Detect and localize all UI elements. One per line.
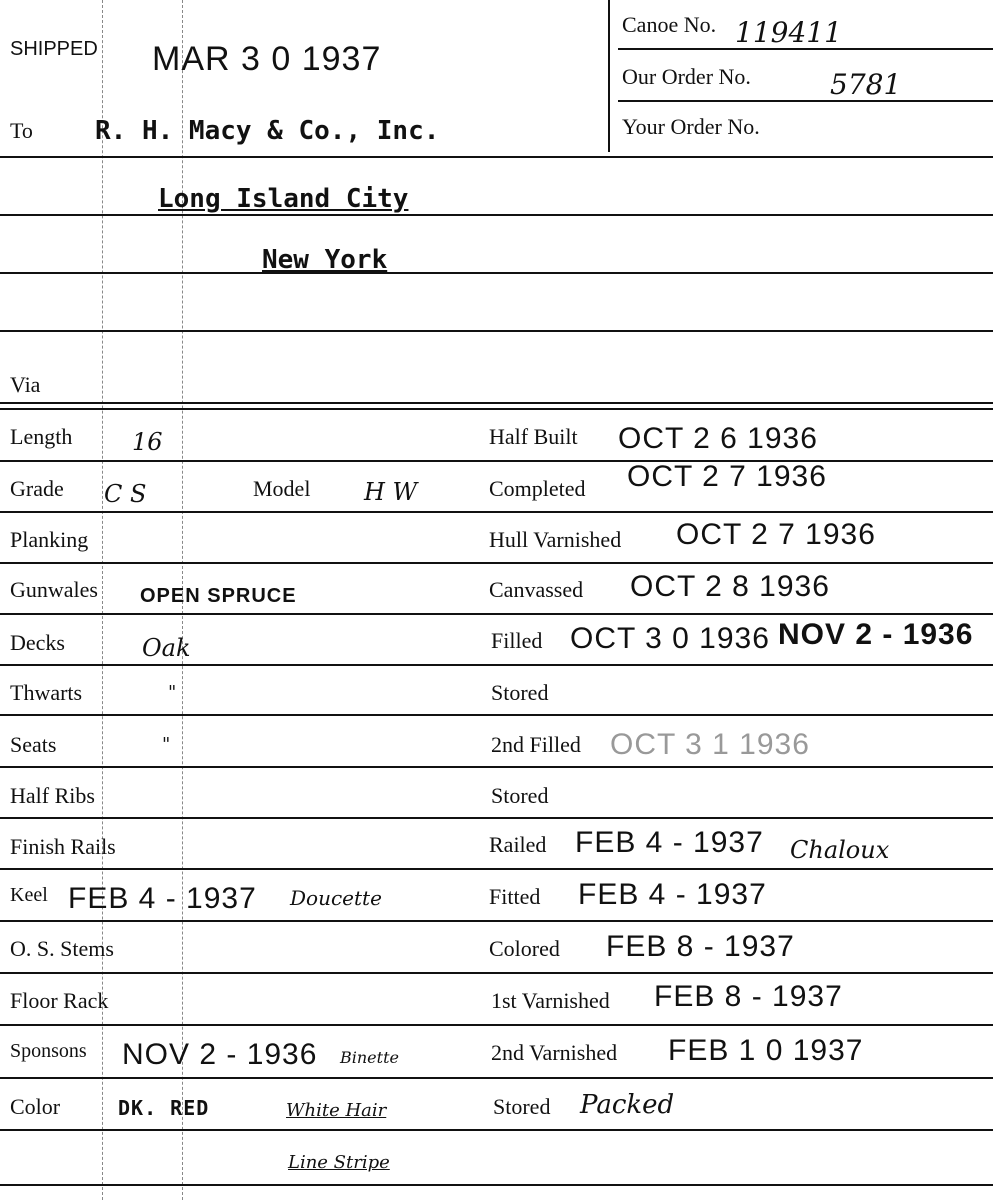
railed-label: Railed — [489, 832, 546, 858]
shipped-date: MAR 3 0 1937 — [152, 40, 381, 79]
order-box-divider — [608, 0, 610, 152]
hull-varnished-date: OCT 2 7 1936 — [676, 518, 876, 552]
completed-label: Completed — [489, 476, 586, 502]
keel-signature: Doucette — [290, 886, 382, 910]
divider — [0, 613, 993, 615]
canvassed-date: OCT 2 8 1936 — [630, 570, 830, 604]
thwarts-label: Thwarts — [10, 680, 82, 706]
model-value: H W — [364, 478, 417, 506]
divider — [0, 272, 993, 274]
divider — [0, 1184, 993, 1186]
keel-date: FEB 4 - 1937 — [68, 882, 257, 916]
our-order-label: Our Order No. — [622, 64, 751, 90]
divider — [0, 714, 993, 716]
divider — [0, 817, 993, 819]
length-value: 16 — [132, 428, 163, 456]
color-label: Color — [10, 1094, 60, 1120]
divider — [0, 1129, 993, 1131]
grade-label: Grade — [10, 476, 64, 502]
divider — [618, 100, 993, 102]
length-label: Length — [10, 424, 72, 450]
stored-label-2: Stored — [491, 783, 548, 809]
keel-label: Keel — [10, 884, 48, 907]
gunwales-label: Gunwales — [10, 577, 98, 603]
canoe-no-value: 119411 — [735, 16, 842, 49]
first-varnished-label: 1st Varnished — [491, 988, 610, 1014]
stored-label-3: Stored — [493, 1094, 550, 1120]
second-filled-date: OCT 3 1 1936 — [610, 728, 810, 762]
divider — [618, 48, 993, 50]
filled-date: OCT 3 0 1936 — [570, 622, 770, 656]
second-varnished-date: FEB 1 0 1937 — [668, 1034, 863, 1068]
half-ribs-label: Half Ribs — [10, 783, 95, 809]
divider — [0, 156, 993, 158]
recipient-name: R. H. Macy & Co., Inc. — [95, 116, 439, 146]
half-built-label: Half Built — [489, 424, 578, 450]
os-stems-label: O. S. Stems — [10, 936, 114, 962]
divider — [0, 330, 993, 332]
divider — [0, 1077, 993, 1079]
filled-label: Filled — [491, 628, 542, 654]
seats-label: Seats — [10, 732, 56, 758]
divider — [0, 920, 993, 922]
address-line-2: New York — [262, 245, 387, 275]
second-filled-label: 2nd Filled — [491, 732, 581, 758]
seats-value: " — [162, 734, 170, 755]
finish-rails-label: Finish Rails — [10, 834, 116, 860]
stored-note: Packed — [580, 1090, 674, 1120]
model-label: Model — [253, 476, 310, 502]
planking-label: Planking — [10, 527, 88, 553]
completed-date: OCT 2 7 1936 — [627, 460, 827, 494]
railed-signature: Chaloux — [790, 836, 889, 864]
divider — [0, 511, 993, 513]
stripe-note: Line Stripe — [288, 1152, 390, 1173]
hull-varnished-label: Hull Varnished — [489, 527, 621, 553]
your-order-label: Your Order No. — [622, 114, 760, 140]
second-varnished-label: 2nd Varnished — [491, 1040, 617, 1066]
sponsons-signature: Binette — [340, 1048, 399, 1067]
color-note: White Hair — [286, 1100, 386, 1121]
colored-date: FEB 8 - 1937 — [606, 930, 795, 964]
divider — [0, 1024, 993, 1026]
shipped-label: SHIPPED — [10, 38, 98, 61]
our-order-value: 5781 — [830, 68, 901, 101]
sponsons-label: Sponsons — [10, 1040, 87, 1063]
divider — [0, 214, 993, 216]
divider — [0, 664, 993, 666]
divider — [0, 972, 993, 974]
color-value: DK. RED — [118, 1096, 209, 1120]
divider — [0, 766, 993, 768]
canvassed-label: Canvassed — [489, 577, 583, 603]
stored-label: Stored — [491, 680, 548, 706]
grade-value: C S — [104, 480, 146, 508]
thwarts-value: " — [168, 682, 176, 703]
divider — [0, 562, 993, 564]
first-varnished-date: FEB 8 - 1937 — [654, 980, 843, 1014]
decks-value: Oak — [142, 634, 191, 662]
divider — [0, 402, 993, 404]
divider — [0, 460, 993, 462]
address-line-1: Long Island City — [158, 184, 408, 214]
divider — [0, 408, 993, 410]
sponsons-date: NOV 2 - 1936 — [122, 1038, 317, 1072]
fitted-label: Fitted — [489, 884, 540, 910]
canoe-no-label: Canoe No. — [622, 12, 716, 38]
fitted-date: FEB 4 - 1937 — [578, 878, 767, 912]
filled-date-2: NOV 2 - 1936 — [778, 618, 973, 652]
railed-date: FEB 4 - 1937 — [575, 826, 764, 860]
via-label: Via — [10, 372, 40, 398]
colored-label: Colored — [489, 936, 560, 962]
column-guide — [102, 0, 103, 1200]
floor-rack-label: Floor Rack — [10, 988, 108, 1014]
gunwales-value: OPEN SPRUCE — [140, 585, 297, 608]
half-built-date: OCT 2 6 1936 — [618, 422, 818, 456]
divider — [0, 868, 993, 870]
decks-label: Decks — [10, 630, 65, 656]
to-label: To — [10, 118, 33, 144]
